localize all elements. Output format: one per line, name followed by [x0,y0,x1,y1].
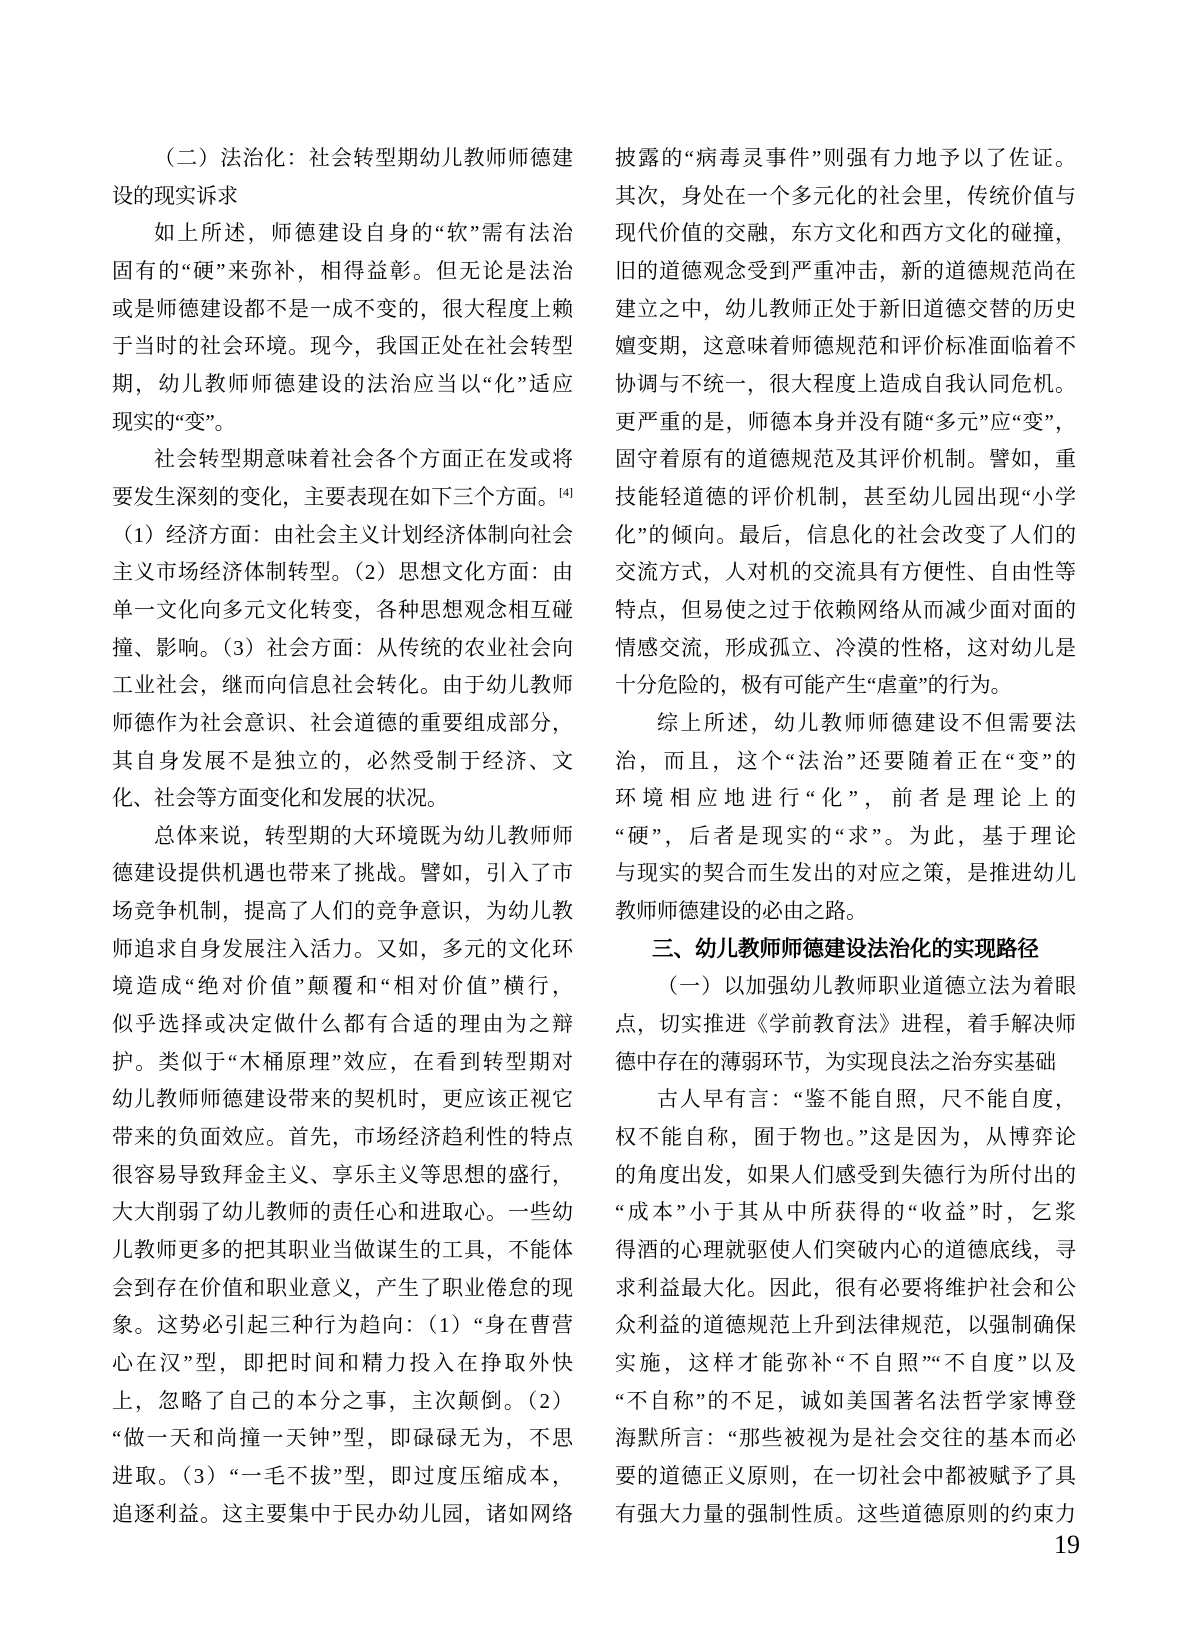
text-line: 得酒的心理就驱使人们突破内心的道德底线，寻 [615,1232,1076,1270]
text-line: 古人早有言：“鉴不能自照，尺不能自度， [615,1081,1076,1119]
text-line: 场竞争机制，提高了人们的竞争意识，为幼儿教 [112,893,573,931]
subsection-heading: 点，切实推进《学前教育法》进程，着手解决师 [615,1006,1076,1044]
text-line: 披露的“病毒灵事件”则强有力地予以了佐证。 [615,140,1076,178]
text-line: 十分危险的，极有可能产生“虐童”的行为。 [615,667,1076,705]
text-line: 心在汉”型，即把时间和精力投入在挣取外快 [112,1345,573,1383]
text-line: 求利益最大化。因此，很有必要将维护社会和公 [615,1270,1076,1308]
text-line: 很容易导致拜金主义、享乐主义等思想的盛行， [112,1157,573,1195]
text-line: 总体来说，转型期的大环境既为幼儿教师师 [112,818,573,856]
text-line: 特点，但易使之过于依赖网络从而减少面对面的 [615,592,1076,630]
text-line: 主义市场经济体制转型。（2）思想文化方面：由 [112,554,573,592]
text-line: 带来的负面效应。首先，市场经济趋利性的特点 [112,1119,573,1157]
text-line: 旧的道德观念受到严重冲击，新的道德规范尚在 [615,253,1076,291]
subsection-heading: （二）法治化：社会转型期幼儿教师师德建 [112,140,573,178]
text-line: 如上所述，师德建设自身的“软”需有法治 [112,215,573,253]
text-line: 治，而且，这个“法治”还要随着正在“变”的 [615,743,1076,781]
text-line: 撞、影响。（3）社会方面：从传统的农业社会向 [112,630,573,668]
text-line: 更严重的是，师德本身并没有随“多元”应“变”， [615,404,1076,442]
text-line: “不自称”的不足，诚如美国著名法哲学家博登 [615,1383,1076,1421]
text-line: 进取。（3）“一毛不拔”型，即过度压缩成本， [112,1458,573,1496]
subsection-heading: （一）以加强幼儿教师职业道德立法为着眼 [615,968,1076,1006]
text-line: 护。类似于“木桶原理”效应，在看到转型期对 [112,1044,573,1082]
text-line: 综上所述，幼儿教师师德建设不但需要法 [615,705,1076,743]
text-line: 环境相应地进行“化”，前者是理论上的 [615,780,1076,818]
subsection-heading: 德中存在的薄弱环节，为实现良法之治夯实基础 [615,1044,1076,1082]
text-line: 建立之中，幼儿教师正处于新旧道德交替的历史 [615,291,1076,329]
text-line: 儿教师更多的把其职业当做谋生的工具，不能体 [112,1232,573,1270]
text-line: “做一天和尚撞一天钟”型，即碌碌无为，不思 [112,1420,573,1458]
text-line: 幼儿教师师德建设带来的契机时，更应该正视它 [112,1081,573,1119]
text-line: 追逐利益。这主要集中于民办幼儿园，诸如网络 [112,1496,573,1534]
text-line: 期，幼儿教师师德建设的法治应当以“化”适应 [112,366,573,404]
text-line: 现代价值的交融，东方文化和西方文化的碰撞， [615,215,1076,253]
text-line: 交流方式，人对机的交流具有方便性、自由性等 [615,554,1076,592]
text-line: 的角度出发，如果人们感受到失德行为所付出的 [615,1157,1076,1195]
text-line: 众利益的道德规范上升到法律规范，以强制确保 [615,1307,1076,1345]
column-left: （二）法治化：社会转型期幼儿教师师德建设的现实诉求如上所述，师德建设自身的“软”… [112,140,573,1533]
footnote-marker: [4] [559,485,573,499]
text-line: 技能轻道德的评价机制，甚至幼儿园出现“小学 [615,479,1076,517]
text-line: 或是师德建设都不是一成不变的，很大程度上赖 [112,291,573,329]
text-line: 实施，这样才能弥补“不自照”“不自度”以及 [615,1345,1076,1383]
page-number: 19 [1054,1531,1080,1559]
text-line: 上，忽略了自己的本分之事，主次颠倒。（2） [112,1383,573,1421]
text-line: 权不能自称，囿于物也。”这是因为，从博弈论 [615,1119,1076,1157]
text-line: 似乎选择或决定做什么都有合适的理由为之辩 [112,1006,573,1044]
text-line: 单一文化向多元文化转变，各种思想观念相互碰 [112,592,573,630]
text-line: 师追求自身发展注入活力。又如，多元的文化环 [112,931,573,969]
text-line: 现实的“变”。 [112,404,573,442]
text-line: 化、社会等方面变化和发展的状况。 [112,780,573,818]
text-line: 工业社会，继而向信息社会转化。由于幼儿教师 [112,667,573,705]
section-heading: 三、幼儿教师师德建设法治化的实现路径 [615,931,1076,969]
text-line: 教师师德建设的必由之路。 [615,893,1076,931]
text-line: 协调与不统一，很大程度上造成自我认同危机。 [615,366,1076,404]
text-line: 大大削弱了幼儿教师的责任心和进取心。一些幼 [112,1194,573,1232]
document-page: （二）法治化：社会转型期幼儿教师师德建设的现实诉求如上所述，师德建设自身的“软”… [0,0,1191,1650]
text-line: 德建设提供机遇也带来了挑战。譬如，引入了市 [112,855,573,893]
text-line: “硬”，后者是现实的“求”。为此，基于理论 [615,818,1076,856]
text-line: 固有的“硬”来弥补，相得益彰。但无论是法治 [112,253,573,291]
column-right: 披露的“病毒灵事件”则强有力地予以了佐证。其次，身处在一个多元化的社会里，传统价… [615,140,1076,1533]
text-line: （1）经济方面：由社会主义计划经济体制向社会 [112,517,573,555]
text-line: 化”的倾向。最后，信息化的社会改变了人们的 [615,517,1076,555]
text-line: 有强大力量的强制性质。这些道德原则的约束力增 [615,1496,1076,1534]
text-line: 其次，身处在一个多元化的社会里，传统价值与 [615,178,1076,216]
text-line: 其自身发展不是独立的，必然受制于经济、文 [112,743,573,781]
text-line: 海默所言：“那些被视为是社会交往的基本而必 [615,1420,1076,1458]
subsection-heading: 设的现实诉求 [112,178,573,216]
text-line: 师德作为社会意识、社会道德的重要组成部分， [112,705,573,743]
text-line: 嬗变期，这意味着师德规范和评价标准面临着不 [615,328,1076,366]
text-line: 要发生深刻的变化，主要表现在如下三个方面。[4] [112,479,573,517]
text-line: 固守着原有的道德规范及其评价机制。譬如，重 [615,441,1076,479]
text-line: 要的道德正义原则，在一切社会中都被赋予了具 [615,1458,1076,1496]
text-line: 情感交流，形成孤立、冷漠的性格，这对幼儿是 [615,630,1076,668]
text-line: 象。这势必引起三种行为趋向：（1）“身在曹营 [112,1307,573,1345]
text-line: 社会转型期意味着社会各个方面正在发或将 [112,441,573,479]
text-line: 境造成“绝对价值”颠覆和“相对价值”横行， [112,968,573,1006]
text-line: 于当时的社会环境。现今，我国正处在社会转型 [112,328,573,366]
text-line: 与现实的契合而生发出的对应之策，是推进幼儿 [615,855,1076,893]
text-line: 会到存在价值和职业意义，产生了职业倦怠的现 [112,1270,573,1308]
text-line: “成本”小于其从中所获得的“收益”时，乞浆 [615,1194,1076,1232]
